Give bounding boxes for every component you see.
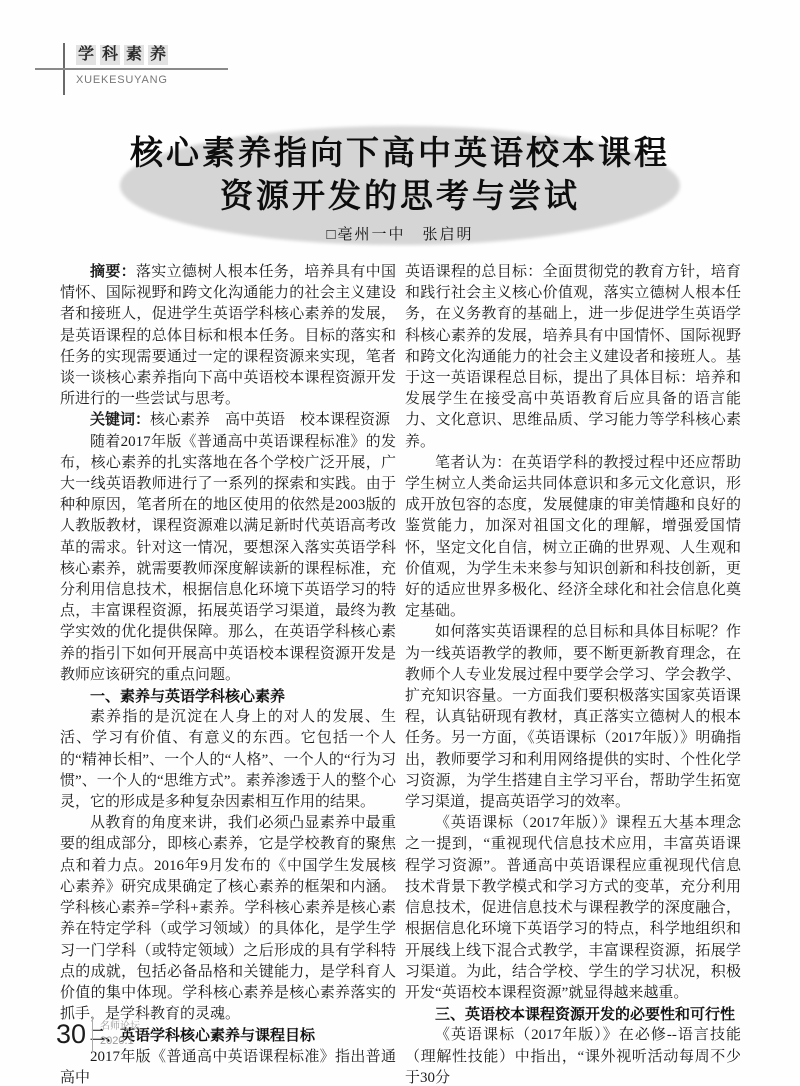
journal-issue: 2020.1 — [100, 1034, 140, 1048]
body-paragraph: 《英语课标（2017年版）》课程五大基本理念之一提到，“重视现代信息技术应用，丰… — [405, 813, 741, 1004]
masthead: 学 科 素 养 XUEKESUYANG — [0, 0, 300, 110]
page-number: 30 — [56, 1016, 86, 1052]
body-paragraph: 英语课程的总目标：全面贯彻党的教育方针，培育和践行社会主义核心价值观，落实立德树… — [405, 262, 741, 453]
abstract-paragraph: 摘要：落实立德树人根本任务，培养具有中国情怀、国际视野和跨文化沟通能力的社会主义… — [60, 262, 396, 410]
section-label-char: 科 — [100, 45, 120, 65]
section-heading-1: 一、素养与英语学科核心素养 — [60, 686, 396, 707]
keywords-paragraph: 关键词：核心素养 高中英语 校本课程资源 — [60, 410, 396, 431]
author-byline: □亳州一中 张启明 — [0, 223, 800, 244]
abstract-label: 摘要： — [90, 264, 136, 280]
article-body: 摘要：落实立德树人根本任务，培养具有中国情怀、国际视野和跨文化沟通能力的社会主义… — [60, 262, 741, 1086]
body-paragraph: 《英语课标（2017年版）》在必修--语言技能（理解性技能）中指出，“课外视听活… — [405, 1025, 741, 1086]
body-paragraph: 从教育的角度来讲，我们必须凸显素养中最重要的组成部分，即核心素养，它是学校教育的… — [60, 813, 396, 1025]
body-paragraph: 如何落实英语课程的总目标和具体目标呢？作为一线英语教学的教师，要不断更新教育理念… — [405, 622, 741, 813]
keywords-label: 关键词： — [90, 412, 150, 428]
section-label-char: 学 — [76, 45, 96, 65]
body-paragraph: 笔者认为：在英语学科的教授过程中还应帮助学生树立人类命运共同体意识和多元文化意识… — [405, 453, 741, 623]
article-title-line1: 核心素养指向下高中英语校本课程 — [0, 134, 800, 174]
section-heading-3: 三、英语校本课程资源开发的必要性和可行性 — [405, 1004, 741, 1025]
footer-divider-rule — [92, 1017, 93, 1051]
section-label-char: 养 — [148, 45, 168, 65]
page-footer: 30 名师论坛 2020.1 — [56, 1016, 140, 1052]
left-column: 摘要：落实立德树人根本任务，培养具有中国情怀、国际视野和跨文化沟通能力的社会主义… — [60, 262, 396, 1086]
keywords-text: 核心素养 高中英语 校本课程资源 — [150, 412, 390, 428]
article-title-line2: 资源开发的思考与尝试 — [0, 177, 800, 217]
abstract-text: 落实立德树人根本任务，培养具有中国情怀、国际视野和跨文化沟通能力的社会主义建设者… — [60, 264, 396, 407]
section-label-char: 素 — [124, 45, 144, 65]
masthead-horizontal-rule — [35, 68, 228, 70]
body-paragraph: 素养指的是沉淀在人身上的对人的发展、生活、学习有价值、有意义的东西。它包括一个人… — [60, 707, 396, 813]
section-label: 学 科 素 养 — [76, 45, 168, 65]
journal-name: 名师论坛 — [100, 1020, 140, 1034]
body-paragraph: 随着2017年版《普通高中英语课程标准》的发布，核心素养的扎实落地在各个学校广泛… — [60, 432, 396, 686]
body-paragraph: 2017年版《普通高中英语课程标准》指出普通高中 — [60, 1047, 396, 1086]
section-label-pinyin: XUEKESUYANG — [76, 74, 168, 86]
journal-info: 名师论坛 2020.1 — [100, 1020, 140, 1048]
journal-page: 学 科 素 养 XUEKESUYANG 核心素养指向下高中英语校本课程 资源开发… — [0, 0, 800, 1086]
right-column: 英语课程的总目标：全面贯彻党的教育方针，培育和践行社会主义核心价值观，落实立德树… — [405, 262, 741, 1086]
